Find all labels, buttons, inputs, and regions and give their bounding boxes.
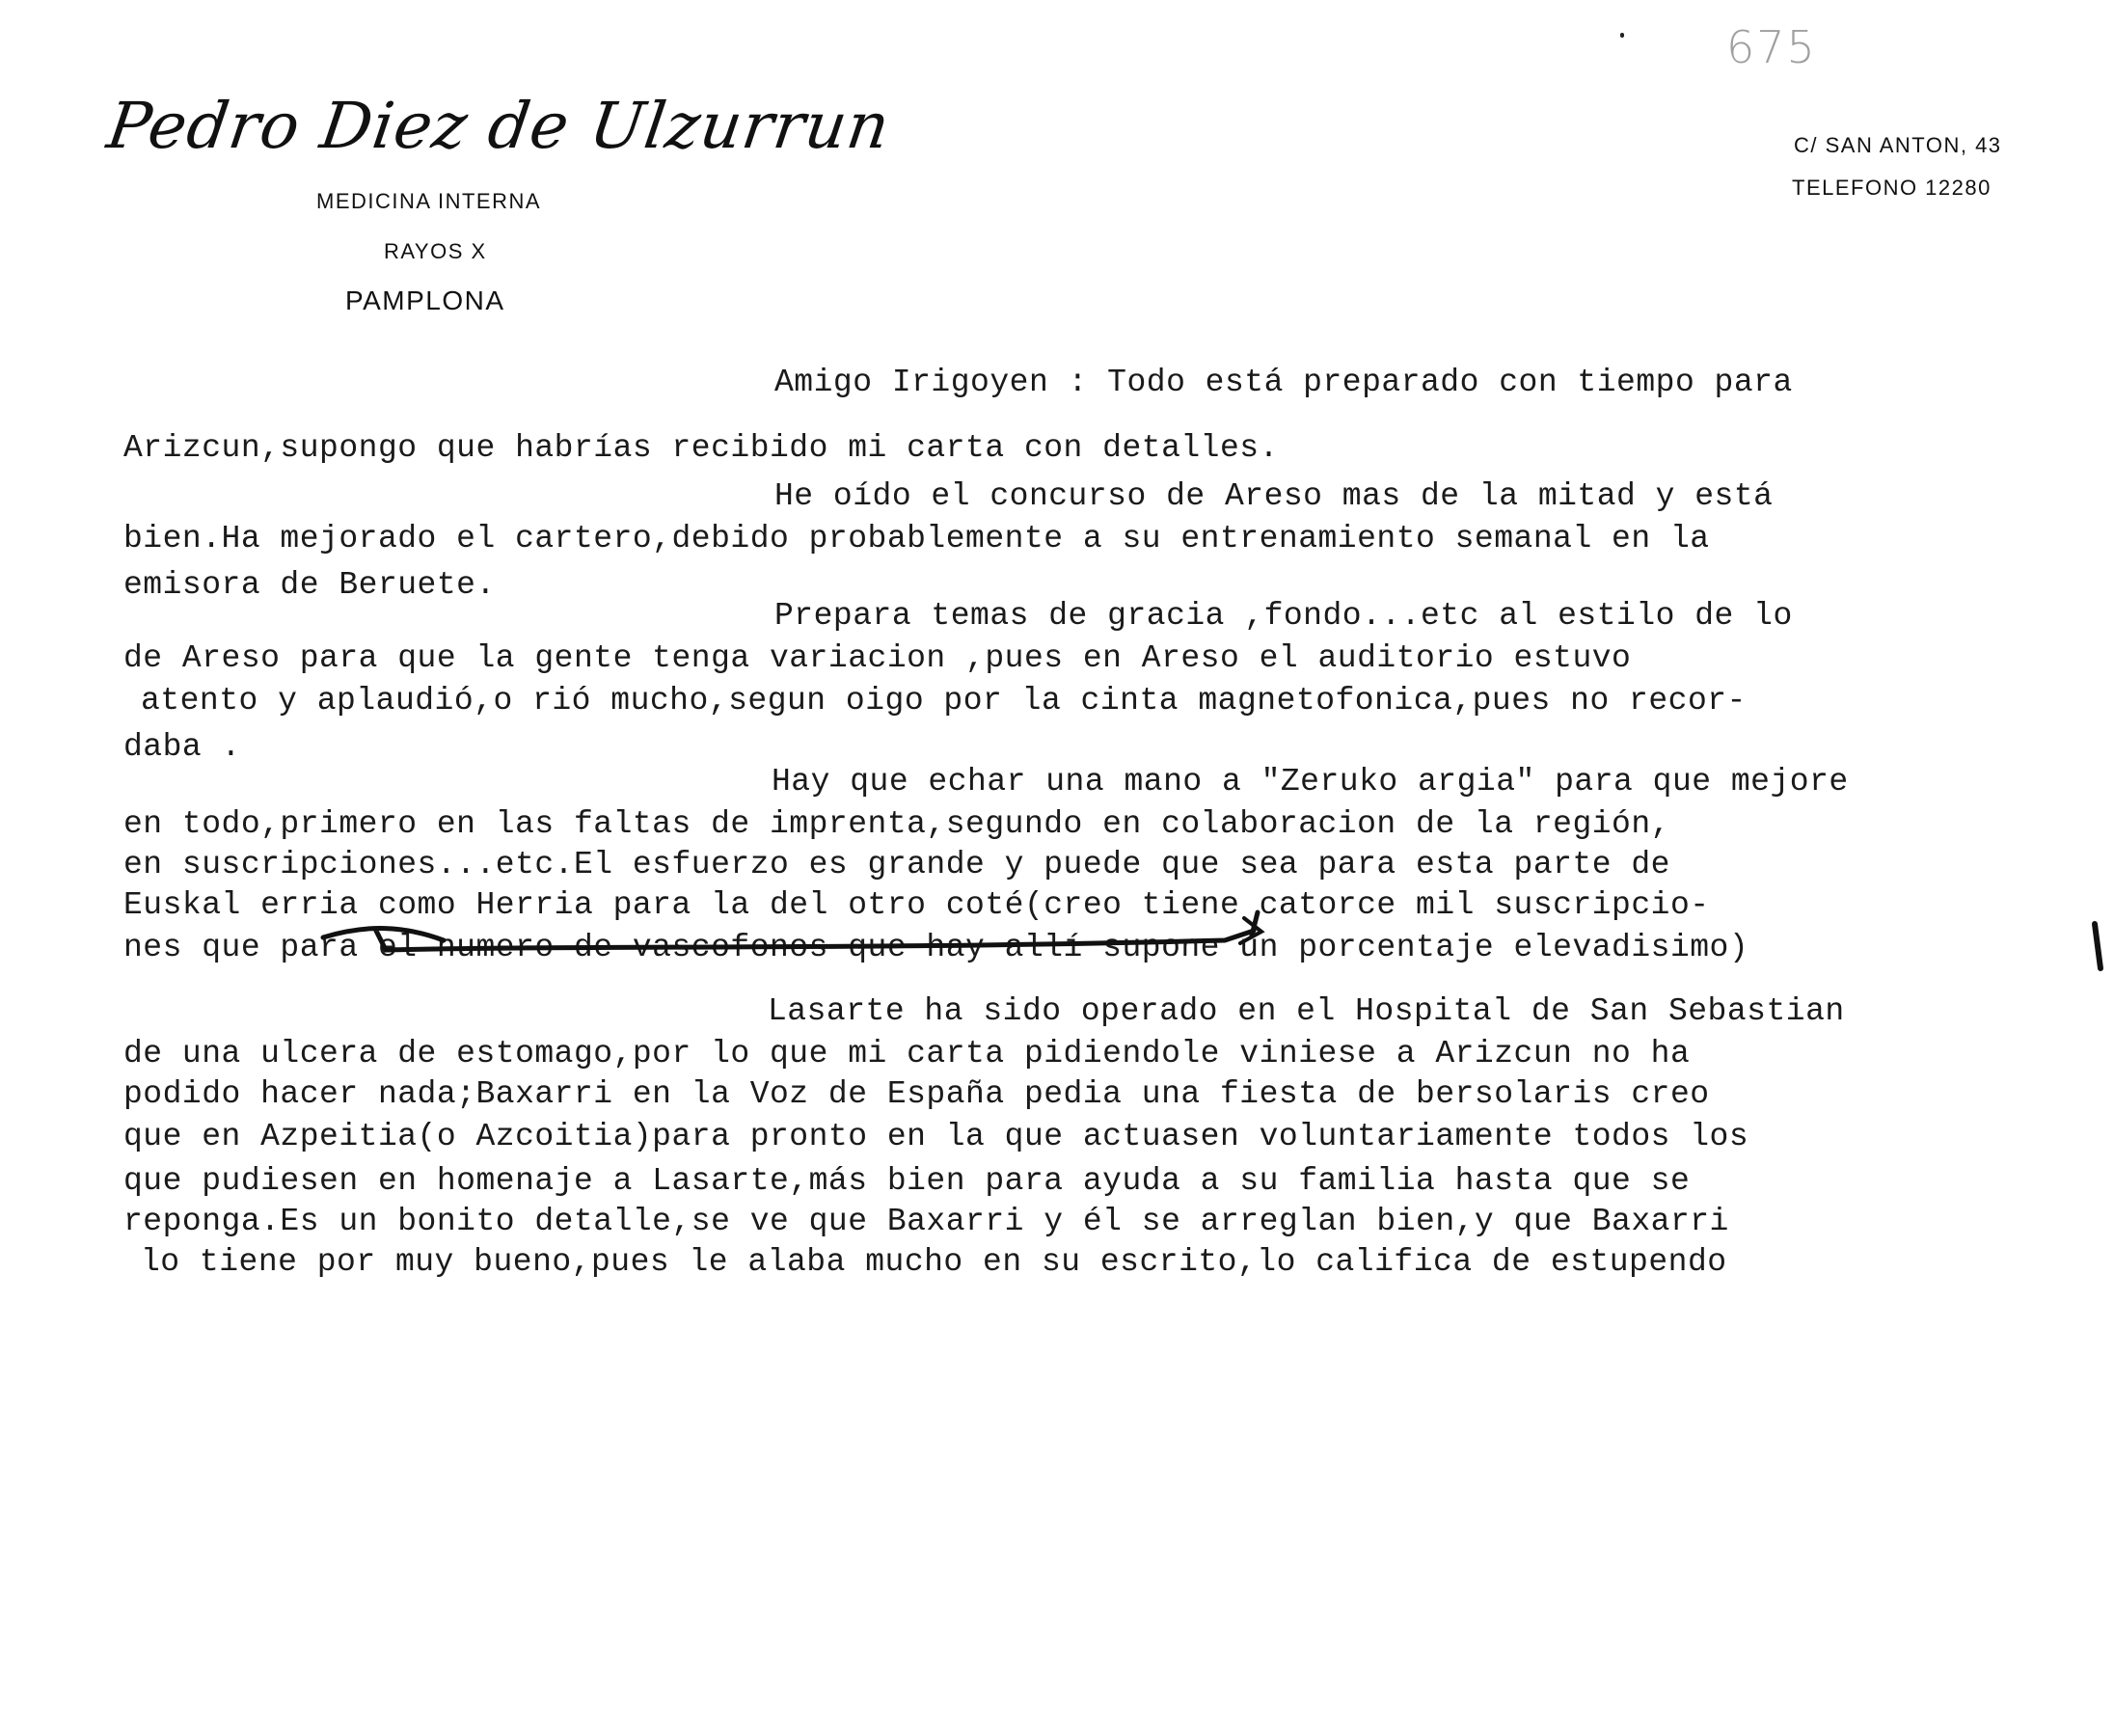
letterhead-city: PAMPLONA [345, 285, 505, 316]
letter-line: He oído el concurso de Areso mas de la m… [774, 478, 1773, 514]
letter-line: Arizcun,supongo que habrías recibido mi … [123, 430, 1279, 466]
letterhead-name: Pedro Diez de Ulzurrun [103, 89, 895, 163]
letter-page: 675 Pedro Diez de Ulzurrun MEDICINA INTE… [0, 0, 2114, 1736]
letter-line: de una ulcera de estomago,por lo que mi … [123, 1036, 1690, 1071]
letter-line: que pudiesen en homenaje a Lasarte,más b… [123, 1163, 1690, 1199]
letter-line: Prepara temas de gracia ,fondo...etc al … [774, 598, 1793, 634]
letter-line: Lasarte ha sido operado en el Hospital d… [768, 993, 1845, 1029]
letter-line: Hay que echar una mano a "Zeruko argia" … [772, 764, 1849, 800]
letter-line: bien.Ha mejorado el cartero,debido proba… [123, 521, 1710, 556]
letter-line: Amigo Irigoyen : Todo está preparado con… [774, 365, 1793, 400]
letter-line: que en Azpeitia(o Azcoitia)para pronto e… [123, 1119, 1748, 1154]
letter-line: Euskal erria como Herria para la del otr… [123, 887, 1710, 923]
letter-line: podido hacer nada;Baxarri en la Voz de E… [123, 1076, 1710, 1112]
letterhead-phone: TELEFONO 12280 [1792, 176, 1992, 201]
letterhead-specialty: MEDICINA INTERNA [316, 189, 541, 214]
letter-line: en suscripciones...etc.El esfuerzo es gr… [123, 847, 1670, 882]
letter-line: reponga.Es un bonito detalle,se ve que B… [123, 1204, 1729, 1239]
letter-line: en todo,primero en las faltas de imprent… [123, 806, 1670, 842]
letter-line: nes que para el numero de vascofonos que… [123, 930, 1748, 965]
letter-line: daba . [123, 729, 241, 765]
archive-number: 675 [1726, 21, 1817, 73]
letter-line: lo tiene por muy bueno,pues le alaba muc… [141, 1244, 1727, 1280]
ink-speck [1620, 33, 1624, 38]
letter-line: emisora de Beruete. [123, 567, 496, 603]
letterhead-service: RAYOS X [384, 239, 487, 264]
letter-line: de Areso para que la gente tenga variaci… [123, 640, 1631, 676]
letter-line: atento y aplaudió,o rió mucho,segun oigo… [141, 683, 1747, 719]
letterhead-address: C/ SAN ANTON, 43 [1794, 133, 2002, 158]
